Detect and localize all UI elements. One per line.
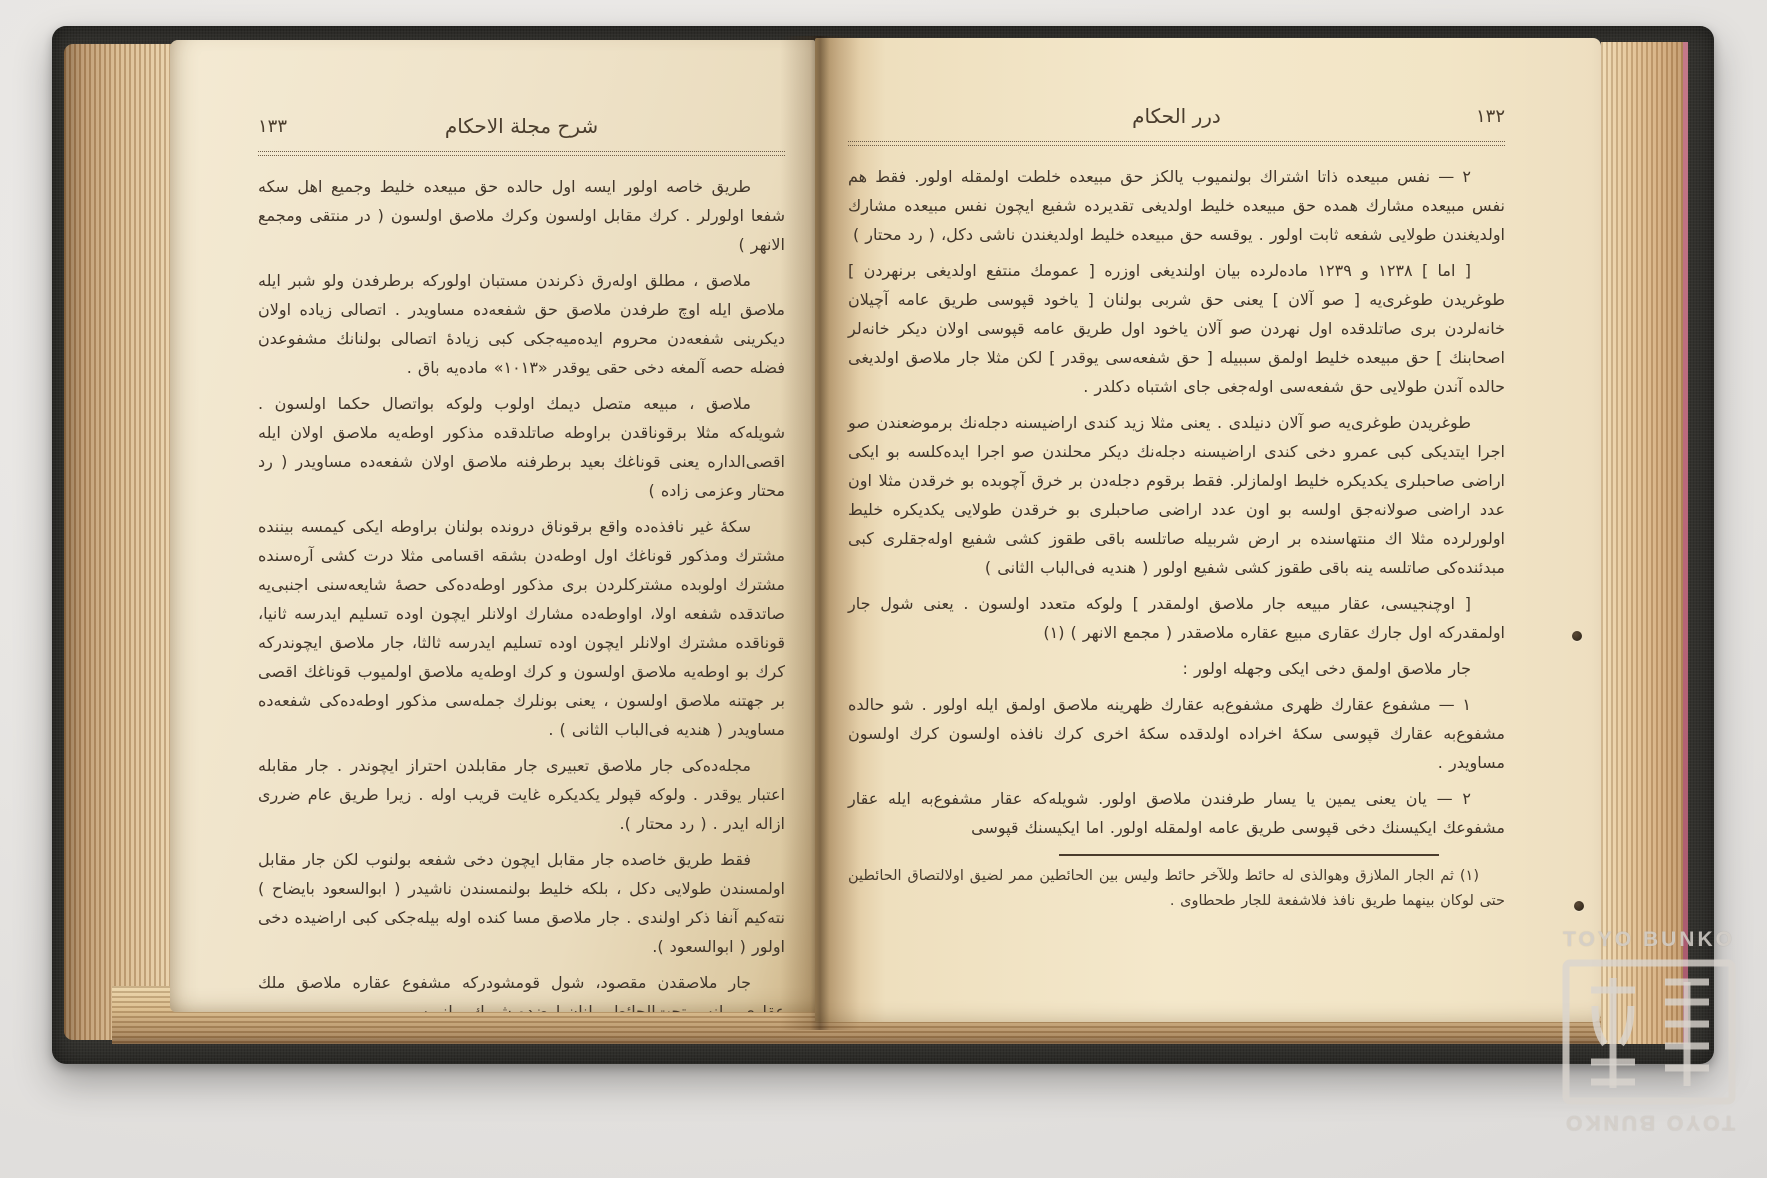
paragraph: ٢ — نفس مبيعده ذاتا اشتراك بولنميوب يالك…	[848, 162, 1505, 249]
page-title: درر الحكام	[1132, 104, 1221, 128]
paragraph: سكهٔ غير نافذه‌ده واقع برقوناق درونده بو…	[258, 512, 785, 744]
paragraph: [ اوچنجيسى، عقار مبيعه جار ملاصق اولمقدر…	[848, 589, 1505, 647]
photo-of-open-book: { "book": { "left_page": { "page_number"…	[0, 0, 1767, 1178]
punch-hole	[1572, 631, 1582, 641]
paragraph: مجله‌ده‌كى جار ملاصق تعبيرى جار مقابلدن …	[258, 751, 785, 838]
watermark-text-bottom: TOYO BUNKO	[1544, 1110, 1754, 1134]
header-rule	[258, 151, 785, 156]
left-page-body: طريق خاصه اولور ايسه اول حالده حق مبيعده…	[258, 172, 785, 1012]
page-number: ١٣٣	[258, 116, 287, 137]
paragraph: فقط طريق خاصده جار مقابل ايچون دخى شفعه …	[258, 845, 785, 961]
paragraph: ١ — مشفوع عقارك ظهرى مشفوع‌به عقارك ظهري…	[848, 690, 1505, 777]
left-page: ١٣٣ شرح مجلة الاحكام طريق خاصه اولور ايس…	[170, 40, 815, 1012]
page-title: شرح مجلة الاحكام	[445, 114, 598, 138]
paragraph: ملاصق ، مطلق اوله‌رق ذكرندن مستبان اولور…	[258, 266, 785, 382]
right-page: درر الحكام ١٣٢ ٢ — نفس مبيعده ذاتا اشترا…	[815, 38, 1601, 1022]
paragraph: ملاصق ، مبيعه متصل ديمك اولوب ولوكه بوات…	[258, 389, 785, 505]
page-number: ١٣٢	[1476, 106, 1505, 127]
paragraph: ٢ — يان يعنى يمين يا يسار طرفندن ملاصق ا…	[848, 784, 1505, 842]
right-page-header: درر الحكام ١٣٢	[848, 104, 1505, 134]
paragraph: [ اما ] ١٢٣٨ و ١٢٣٩ ماده‌لرده بيان اولند…	[848, 256, 1505, 401]
header-rule	[848, 141, 1505, 146]
paragraph: جار ملاصقدن مقصود، شول قومشودركه مشفوع ع…	[258, 968, 785, 1012]
paragraph: جار ملاصق اولمق دخى ايكى وجهله اولور :	[848, 654, 1505, 683]
footnote: (١) ثم الجار الملازق وهوالذى له حائط ولل…	[848, 864, 1505, 914]
right-page-edge-stack	[1601, 42, 1683, 1044]
book: ١٣٣ شرح مجلة الاحكام طريق خاصه اولور ايس…	[52, 26, 1714, 1064]
punch-hole	[1574, 901, 1584, 911]
paragraph: طريق خاصه اولور ايسه اول حالده حق مبيعده…	[258, 172, 785, 259]
left-page-header: ١٣٣ شرح مجلة الاحكام	[258, 114, 785, 144]
footnote-rule	[1059, 854, 1439, 856]
red-edge-line	[1683, 42, 1688, 1044]
paragraph: طوغريدن طوغرى‌يه صو آلان دنيلدى . يعنى م…	[848, 408, 1505, 582]
right-page-body: ٢ — نفس مبيعده ذاتا اشتراك بولنميوب يالك…	[848, 162, 1505, 842]
